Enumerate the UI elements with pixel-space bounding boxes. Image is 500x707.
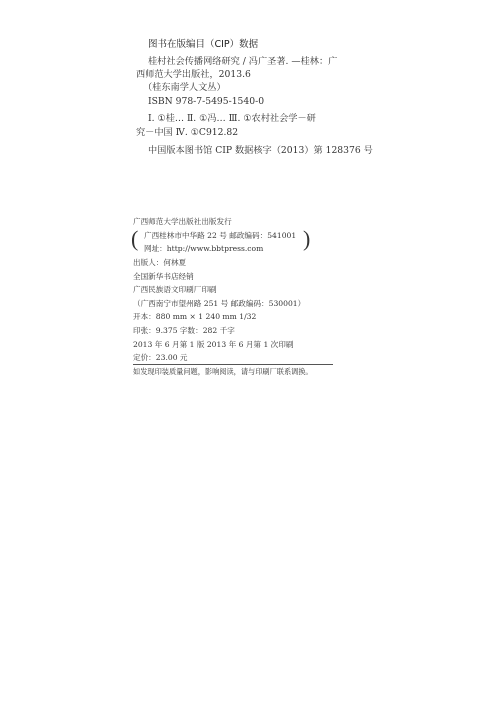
printer: 广西民族语文印刷厂印刷 xyxy=(133,283,217,297)
sheets-wordcount: 印张：9.375 字数：282 千字 xyxy=(133,324,235,338)
quality-notice: 如发现印装质量问题，影响阅读，请与印刷厂联系调换。 xyxy=(133,365,313,379)
publisher-person: 出版人：何林夏 xyxy=(133,256,186,270)
cip-record-number: 中国版本图书馆 CIP 数据核字（2013）第 128376 号 xyxy=(148,143,373,158)
publisher-website: 网址：http://www.bbtpress.com xyxy=(144,242,263,256)
edition-printing: 2013 年 6 月第 1 版 2013 年 6 月第 1 次印刷 xyxy=(133,338,293,352)
price: 定价：23.00 元 xyxy=(133,351,188,365)
cip-heading: 图书在版编目（CIP）数据 xyxy=(148,36,258,50)
distributor: 全国新华书店经销 xyxy=(133,270,194,284)
format: 开本：880 mm × 1 240 mm 1/32 xyxy=(133,310,256,324)
right-bracket: ) xyxy=(303,228,310,250)
left-bracket: ( xyxy=(131,228,138,250)
cip-isbn: ISBN 978-7-5495-1540-0 xyxy=(148,94,264,109)
cip-classification-line1: Ⅰ. ①桂… Ⅱ. ①冯… Ⅲ. ①农村社会学－研 xyxy=(148,111,316,126)
cip-series: （桂东南学人文丛） xyxy=(143,80,226,95)
printer-address: （广西南宁市望州路 251 号 邮政编码：530001） xyxy=(133,297,305,311)
cip-classification-line2: 究－中国 Ⅳ. ①C912.82 xyxy=(136,125,238,140)
publisher: 广西师范大学出版社出版发行 xyxy=(133,215,232,229)
publisher-address: 广西桂林市中华路 22 号 邮政编码：541001 xyxy=(144,229,296,243)
